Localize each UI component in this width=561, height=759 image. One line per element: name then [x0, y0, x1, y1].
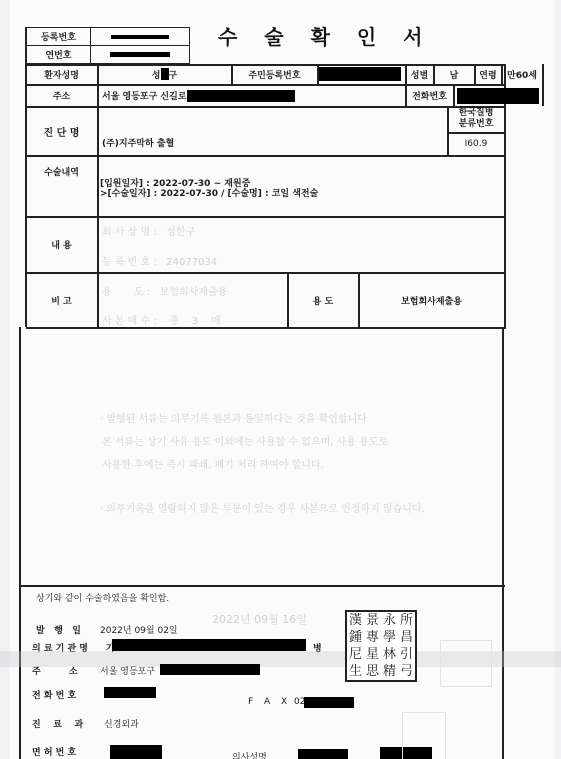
serial-no-value [90, 45, 190, 64]
redaction-bar [111, 35, 169, 39]
doctor-name-redaction [298, 749, 348, 759]
issue-date-label: 발 행 일 [36, 623, 81, 636]
table-border [542, 64, 544, 106]
address-value: 서울 영등포구 신길로 [102, 85, 295, 106]
footer-phone-label: 전 화 번 호 [32, 688, 76, 701]
phone-label: 전화번호 [406, 85, 453, 106]
bleed-line-1: · 발행된 서류는 의무기록 원본과 동일하다는 것을 확인합니다 [100, 410, 367, 425]
disease-code-label-line2: 분류번호 [448, 119, 504, 130]
purpose-label: 용 도 [288, 273, 358, 327]
faint-registration-line: 등 록 번 호 : 24077034 [102, 253, 217, 268]
fax-redaction [304, 697, 354, 708]
confirmation-statement: 상기와 같이 수술하였음을 확인함. [36, 591, 169, 604]
seal-glyph: 鍾 [347, 631, 364, 644]
registration-no-label: 등록번호 [26, 27, 91, 46]
seal-glyph: 昌 [398, 631, 415, 644]
seal-glyph: 引 [398, 648, 415, 661]
table-border [97, 64, 99, 327]
footer-phone-redaction [104, 687, 156, 698]
patient-name-start: 성 [152, 68, 161, 81]
bleed-line-2: 본 서류는 상기 사유 용도 이외에는 사용할 수 없으며, 사용 용도로 [102, 433, 388, 448]
faint-company-line: 회 사 상 명 : 성한구 [102, 223, 195, 238]
table-border [453, 84, 455, 106]
sex-label: 성별 [406, 64, 433, 84]
surgery-admission-line: [입원일자] : 2022-07-30 ~ 재원중 [100, 179, 318, 189]
address-label: 주소 [26, 85, 97, 106]
table-border [20, 585, 505, 587]
issue-date-value: 2022년 09월 02일 [100, 623, 178, 636]
patient-name-label: 환자성명 [26, 64, 97, 84]
surgery-label: 수술내역 [26, 165, 97, 178]
serial-no-label: 연번호 [26, 45, 91, 64]
table-border [26, 327, 506, 329]
redaction-bar [110, 52, 170, 57]
seal-glyph: 林 [381, 648, 398, 661]
institution-redaction [112, 639, 306, 651]
patient-name-value: 성구 [98, 64, 231, 84]
purpose-value: 보험회사제출용 [359, 273, 504, 327]
seal-glyph: 生 [347, 665, 364, 678]
surgery-details: [입원일자] : 2022-07-30 ~ 재원중 >[수술일자] : 2022… [100, 179, 318, 199]
serial-no-label-text: 연번호 [45, 48, 71, 61]
bleed-line-3: 사용한 후에는 즉시 파쇄, 폐기 처리 하여야 합니다. [102, 456, 324, 471]
redaction-bar [187, 90, 295, 102]
bleed-date: 2022년 09월 16일 [212, 611, 307, 627]
page-border-left [19, 327, 21, 759]
footer-address-label: 주 소 [32, 664, 78, 677]
disease-code-value: I60.9 [448, 133, 504, 155]
seal-glyph: 景 [364, 614, 381, 627]
department-value: 신경외과 [104, 717, 139, 730]
bleed-line-4: · 의무기록을 열람하지 않은 부분이 있는 경우 사본으로 인정하지 않습니다… [100, 500, 425, 515]
resident-no-redaction [319, 67, 401, 81]
official-seal: 漢景永所鍾專學昌尼星林引生思精弓 [345, 610, 417, 682]
surgery-operation-line: >[수술일자] : 2022-07-30 / [수술명] : 코일 색전술 [100, 189, 318, 199]
seal-glyph: 永 [381, 614, 398, 627]
age-value: 만60세 [502, 64, 542, 84]
redaction-bar [161, 68, 169, 80]
seal-glyph: 漢 [347, 614, 364, 627]
diagnosis-label: 진 단 명 [26, 107, 97, 155]
faint-stamp-box [402, 712, 446, 759]
doctor-name-label: 의사성명 [232, 750, 267, 759]
disease-code-label: 한국질병 분류번호 [448, 108, 504, 130]
faint-copies-line: 사 본 매 수 : 총 3 매 [102, 312, 221, 327]
department-label: 진 료 과 [32, 717, 83, 730]
license-redaction [110, 745, 162, 759]
seal-glyph: 精 [381, 665, 398, 678]
footer-address-value: 서울 영등포구 [100, 664, 155, 677]
disease-code-label-line1: 한국질병 [448, 108, 504, 119]
seal-glyph: 所 [398, 614, 415, 627]
seal-glyph: 星 [364, 648, 381, 661]
faint-purpose-line: 용 도 : 보험회사제출용 [102, 283, 227, 298]
seal-glyph: 尼 [347, 648, 364, 661]
seal-glyph: 弓 [398, 665, 415, 678]
seal-glyph: 學 [381, 631, 398, 644]
sex-value: 남 [434, 64, 474, 84]
content-label: 내 용 [26, 216, 97, 272]
address-text: 서울 영등포구 신길로 [102, 89, 187, 102]
footer-address-redaction [160, 664, 260, 675]
fax-label: F A X [248, 697, 291, 707]
diagnosis-value: (주)지주막하 출혈 [102, 136, 174, 149]
resident-no-label: 주민등록번호 [232, 64, 317, 84]
document-title: 수 술 확 인 서 [218, 21, 432, 50]
license-label: 면 허 번 호 [32, 745, 76, 758]
patient-name-end: 구 [169, 68, 178, 81]
phone-redaction [457, 88, 539, 104]
seal-glyph: 專 [364, 631, 381, 644]
faint-stamp-box [440, 640, 492, 687]
age-label: 연령 [475, 64, 501, 84]
registration-no-value [90, 27, 190, 46]
page-border-right [502, 327, 504, 759]
remarks-label: 비 고 [26, 273, 97, 327]
seal-glyph: 思 [364, 665, 381, 678]
registration-no-label-text: 등록번호 [41, 30, 76, 43]
